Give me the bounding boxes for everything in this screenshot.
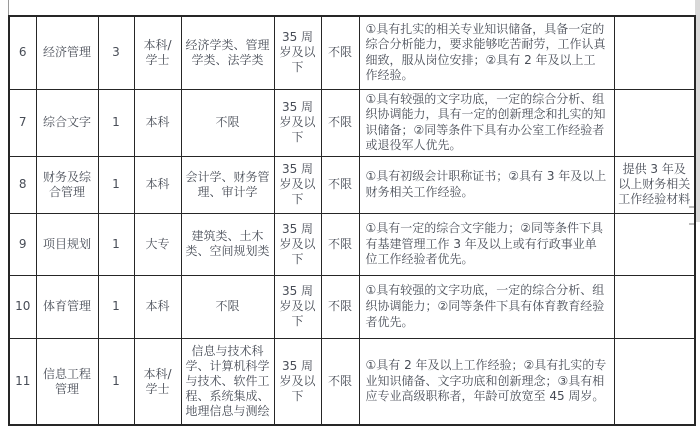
cell-position: 项目规划 [36, 213, 98, 275]
cell-gender: 不限 [321, 89, 359, 156]
cell-no: 9 [9, 213, 36, 275]
table-row: 6 经济管理 3 本科/学士 经济学类、管理学类、法学类 35 周岁及以下 不限… [9, 16, 695, 89]
cell-count: 1 [98, 338, 134, 425]
cell-count: 1 [98, 275, 134, 338]
cell-age: 35 周岁及以下 [274, 156, 321, 213]
cell-position: 信息工程管理 [36, 338, 98, 425]
cell-requirements: ①具有较强的文字功底，一定的综合分析、组织协调能力；②同等条件下具有体育教育经验… [359, 275, 614, 338]
cell-major: 建筑类、土木类、空间规划类 [181, 213, 274, 275]
cell-major: 不限 [181, 89, 274, 156]
cell-age: 35 周岁及以下 [274, 213, 321, 275]
cell-count: 1 [98, 89, 134, 156]
table-row: 11 信息工程管理 1 本科/学士 信息与技术科学、计算机科学与技术、软件工程、… [9, 338, 695, 425]
grid-line-stub [8, 0, 9, 15]
cell-requirements: ①具有较强的文字功底，一定的综合分析、组织协调能力，具有一定的创新理念和扎实的知… [359, 89, 614, 156]
recruitment-positions-table: 6 经济管理 3 本科/学士 经济学类、管理学类、法学类 35 周岁及以下 不限… [8, 15, 696, 426]
cell-education: 本科 [134, 89, 181, 156]
cell-major: 经济学类、管理学类、法学类 [181, 16, 274, 89]
table-row: 10 体育管理 1 本科 不限 35 周岁及以下 不限 ①具有较强的文字功底，一… [9, 275, 695, 338]
cell-age: 35 周岁及以下 [274, 89, 321, 156]
document-page: 6 经济管理 3 本科/学士 经济学类、管理学类、法学类 35 周岁及以下 不限… [0, 0, 700, 430]
cell-note [614, 89, 695, 156]
cell-age: 35 周岁及以下 [274, 275, 321, 338]
cell-education: 本科 [134, 275, 181, 338]
cell-note [614, 16, 695, 89]
cell-note [614, 275, 695, 338]
cell-gender: 不限 [321, 275, 359, 338]
cell-education: 大专 [134, 213, 181, 275]
cell-education: 本科/学士 [134, 16, 181, 89]
cell-no: 11 [9, 338, 36, 425]
cell-no: 10 [9, 275, 36, 338]
cell-age: 35 周岁及以下 [274, 16, 321, 89]
cell-position: 经济管理 [36, 16, 98, 89]
cell-gender: 不限 [321, 338, 359, 425]
cell-count: 1 [98, 213, 134, 275]
cell-no: 8 [9, 156, 36, 213]
cell-requirements: ①具有 2 年及以上工作经验；②具有扎实的专业知识储备、文字功底和创新理念；③具… [359, 338, 614, 425]
table-row: 7 综合文字 1 本科 不限 35 周岁及以下 不限 ①具有较强的文字功底，一定… [9, 89, 695, 156]
cell-no: 6 [9, 16, 36, 89]
cell-position: 体育管理 [36, 275, 98, 338]
cell-major: 信息与技术科学、计算机科学与技术、软件工程、系统集成、地理信息与测绘 [181, 338, 274, 425]
cell-note: 提供 3 年及以上财务相关工作经验材料 [614, 156, 695, 213]
cell-position: 综合文字 [36, 89, 98, 156]
cell-note [614, 338, 695, 425]
cell-age: 35 周岁及以下 [274, 338, 321, 425]
cell-education: 本科 [134, 156, 181, 213]
table-row: 8 财务及综合管理 1 本科 会计学、财务管理、审计学 35 周岁及以下 不限 … [9, 156, 695, 213]
cell-count: 1 [98, 156, 134, 213]
cell-gender: 不限 [321, 16, 359, 89]
cell-position: 财务及综合管理 [36, 156, 98, 213]
cell-count: 3 [98, 16, 134, 89]
cell-note [614, 213, 695, 275]
cell-requirements: ①具有初级会计职称证书；②具有 3 年及以上财务相关工作经验。 [359, 156, 614, 213]
cell-requirements: ①具有一定的综合文字能力；②同等条件下具有基建管理工作 3 年及以上或有行政事业… [359, 213, 614, 275]
cell-gender: 不限 [321, 156, 359, 213]
table-row: 9 项目规划 1 大专 建筑类、土木类、空间规划类 35 周岁及以下 不限 ①具… [9, 213, 695, 275]
cell-education: 本科/学士 [134, 338, 181, 425]
cell-requirements: ①具有扎实的相关专业知识储备，具备一定的综合分析能力，要求能够吃苦耐劳，工作认真… [359, 16, 614, 89]
cell-gender: 不限 [321, 213, 359, 275]
cell-major: 会计学、财务管理、审计学 [181, 156, 274, 213]
cell-major: 不限 [181, 275, 274, 338]
cell-no: 7 [9, 89, 36, 156]
